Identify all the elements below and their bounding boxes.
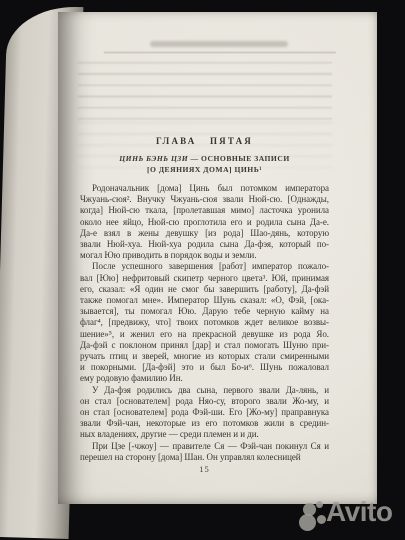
page-number: 15	[80, 464, 329, 474]
text-line: звали Фэй-чан, некоторые из его потомков…	[80, 418, 329, 429]
avito-logo-circle	[317, 515, 326, 524]
text-line: флаг⁴, [предвижу, что] твоих потомков жд…	[80, 317, 329, 328]
text-line: При Цзе [-чжоу] — правителе Ся — Фэй-чан…	[80, 441, 329, 452]
text-line: ему родовую фамилию Ин.	[80, 373, 329, 384]
text-line: ных владениях, другие — среди племен и и…	[80, 429, 329, 440]
text-line: Чжуань-сюя². Внучку Чжуань-сюя звали Нюй…	[80, 194, 329, 205]
text-line: и покорными. [Да-фэй] это и был Бо-и⁶. Ш…	[80, 362, 329, 373]
avito-logo-circle	[299, 514, 316, 531]
text-line: его, сказал: «Я один не смог бы завершит…	[80, 284, 329, 295]
avito-watermark: Avito	[280, 495, 405, 540]
text-line: он стал [основателем] рода Няо-су, второ…	[80, 396, 329, 407]
text-line: У Да-фэя родились два сына, первого звал…	[80, 385, 329, 396]
text-line: около нее яйцо, Нюй-сю проглотила его и …	[80, 217, 329, 228]
text-line: перешел на сторону [дома] Шан. Он управл…	[80, 452, 329, 463]
text-line: могал Юю приводить в порядок воды и земл…	[80, 250, 329, 261]
avito-logo-circle	[303, 503, 316, 516]
text-line: ручать птиц и зверей, многие из которых …	[80, 351, 329, 362]
text-line: шение»⁵, и женил его на прекрасной девуш…	[80, 329, 329, 340]
marketplace-photo: ГЛАВА ПЯТАЯ ЦИНЬ БЭНЬ ЦЗИ — ОСНОВНЫЕ ЗАП…	[0, 0, 405, 540]
chapter-heading: ГЛАВА ПЯТАЯ	[80, 136, 329, 146]
text-line: вал [Юю] нефритовый скипетр черного цвет…	[80, 273, 329, 284]
section-subtitle: ЦИНЬ БЭНЬ ЦЗИ — ОСНОВНЫЕ ЗАПИСИ [О ДЕЯНИ…	[80, 153, 329, 175]
subtitle-line-2: [О ДЕЯНИЯХ ДОМА] ЦИНЬ¹	[80, 164, 329, 175]
showthrough-running-head	[150, 41, 288, 47]
avito-logo-circle	[316, 501, 323, 508]
book-page: ГЛАВА ПЯТАЯ ЦИНЬ БЭНЬ ЦЗИ — ОСНОВНЫЕ ЗАП…	[58, 12, 377, 504]
showthrough-rule	[104, 52, 336, 53]
text-line: Родоначальник [дома] Цинь был потомком и…	[80, 183, 329, 194]
text-line: звали Нюй-хуа. Нюй-хуа родила сына Да-фэ…	[80, 239, 329, 250]
text-line: Да-е взял в жены девушку [из рода] Шао-д…	[80, 228, 329, 239]
subtitle-transliteration: ЦИНЬ БЭНЬ ЦЗИ	[119, 154, 188, 163]
showthrough-text-upper	[78, 62, 332, 120]
body-text: Родоначальник [дома] Цинь был потомком и…	[80, 183, 329, 463]
text-line: зывается], ты помогал Юю. Дарую тебе чер…	[80, 306, 329, 317]
subtitle-line-1: ЦИНЬ БЭНЬ ЦЗИ — ОСНОВНЫЕ ЗАПИСИ	[80, 153, 329, 164]
text-line: После успешного завершения [работ] импер…	[80, 261, 329, 272]
watermark-brand-text: Avito	[326, 496, 392, 528]
text-line: когда] Нюй-сю ткала, [пролетавшая мимо] …	[80, 205, 329, 216]
text-line: также помогал мне». Император Шунь сказа…	[80, 295, 329, 306]
subtitle-translation: — ОСНОВНЫЕ ЗАПИСИ	[188, 154, 290, 163]
text-line: он стал [основателем] рода Фэй-ши. Его […	[80, 407, 329, 418]
text-line: Да-фэй с поклоном принял [дар] и стал по…	[80, 340, 329, 351]
